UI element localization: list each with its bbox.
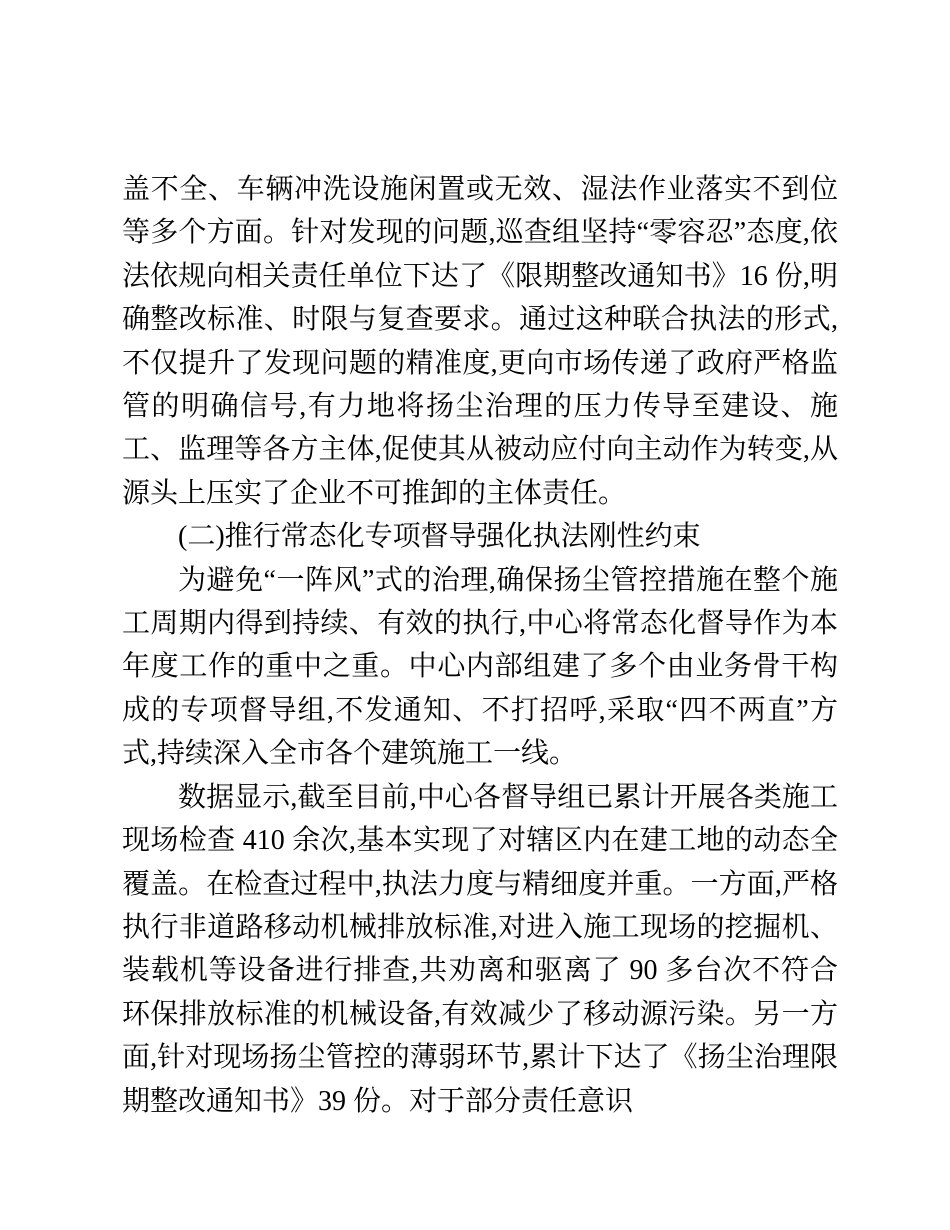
paragraph-inspection-statistics: 数据显示,截至目前,中心各督导组已累计开展各类施工现场检查 410 余次,基本实… (122, 776, 838, 1123)
document-page: 盖不全、车辆冲洗设施闲置或无效、湿法作业落实不到位等多个方面。针对发现的问题,巡… (0, 0, 950, 1230)
paragraph-normalized-supervision: 为避免“一阵风”式的治理,确保扬尘管控措施在整个施工周期内得到持续、有效的执行,… (122, 559, 838, 776)
section-heading-two: (二)推行常态化专项督导强化执法刚性约束 (122, 515, 838, 558)
paragraph-joint-enforcement-continued: 盖不全、车辆冲洗设施闲置或无效、湿法作业落实不到位等多个方面。针对发现的问题,巡… (122, 168, 838, 515)
